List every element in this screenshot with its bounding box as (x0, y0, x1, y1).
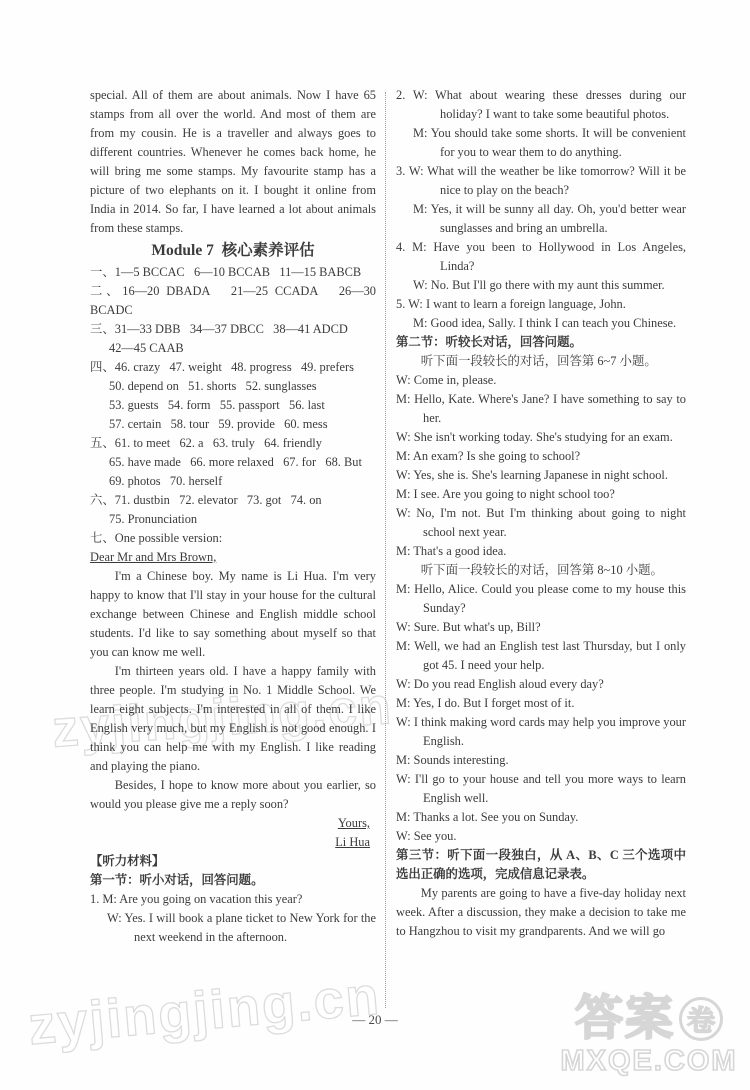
text-line: W: She isn't working today. She's studyi… (396, 428, 686, 447)
text-line: W: Yes. I will book a plane ticket to Ne… (90, 909, 376, 947)
text-line: 42—45 CAAB (90, 339, 376, 358)
text-line: Yours, (90, 814, 376, 833)
text-line: special. All of them are about animals. … (90, 86, 376, 238)
text-line: M: An exam? Is she going to school? (396, 447, 686, 466)
answer-key-page: special. All of them are about animals. … (0, 0, 750, 1090)
column-divider (385, 92, 386, 1008)
text-line: I'm a Chinese boy. My name is Li Hua. I'… (90, 567, 376, 662)
text-line: W: No. But I'll go there with my aunt th… (396, 276, 686, 295)
text-line: 69. photos 70. herself (90, 472, 376, 491)
text-line: I'm thirteen years old. I have a happy f… (90, 662, 376, 776)
text-line: 听下面一段较长的对话，回答第 6~7 小题。 (396, 352, 686, 371)
text-line: W: Do you read English aloud every day? (396, 675, 686, 694)
text-line: 六、71. dustbin 72. elevator 73. got 74. o… (90, 491, 376, 510)
text-line: M: Yes, I do. But I forget most of it. (396, 694, 686, 713)
text-line: 二、16—20 DBADA 21—25 CCADA 26—30 BCADC (90, 282, 376, 320)
text-line: 三、31—33 DBB 34—37 DBCC 38—41 ADCD (90, 320, 376, 339)
text-line: 4. M: Have you been to Hollywood in Los … (396, 238, 686, 276)
logo-domain-text: MXQE.COM (554, 1046, 744, 1076)
text-line: 1. M: Are you going on vacation this yea… (90, 890, 376, 909)
text-line: W: No, I'm not. But I'm thinking about g… (396, 504, 686, 542)
text-line: 50. depend on 51. shorts 52. sunglasses (90, 377, 376, 396)
text-line: 第三节：听下面一段独白，从 A、B、C 三个选项中选出正确的选项，完成信息记录表… (396, 846, 686, 884)
text-line: 一、1—5 BCCAC 6—10 BCCAB 11—15 BABCB (90, 263, 376, 282)
text-line: M: Hello, Kate. Where's Jane? I have som… (396, 390, 686, 428)
text-line: My parents are going to have a five-day … (396, 884, 686, 941)
text-line: W: Yes, she is. She's learning Japanese … (396, 466, 686, 485)
text-line: M: Sounds interesting. (396, 751, 686, 770)
text-line: 57. certain 58. tour 59. provide 60. mes… (90, 415, 376, 434)
text-line: 四、46. crazy 47. weight 48. progress 49. … (90, 358, 376, 377)
text-line: 七、One possible version: (90, 529, 376, 548)
text-line: 3. W: What will the weather be like tomo… (396, 162, 686, 200)
text-line: 第一节：听小对话，回答问题。 (90, 871, 376, 890)
text-line: Li Hua (90, 833, 376, 852)
text-line: W: See you. (396, 827, 686, 846)
text-line: 五、61. to meet 62. a 63. truly 64. friend… (90, 434, 376, 453)
text-line: 听下面一段较长的对话，回答第 8~10 小题。 (396, 561, 686, 580)
text-line: M: Thanks a lot. See you on Sunday. (396, 808, 686, 827)
watermark-text: zyjingjing.cn (26, 965, 383, 1058)
text-line: Besides, I hope to know more about you e… (90, 776, 376, 814)
text-line: M: Yes, it will be sunny all day. Oh, yo… (396, 200, 686, 238)
text-line: 【听力材料】 (90, 852, 376, 871)
text-line: 2. W: What about wearing these dresses d… (396, 86, 686, 124)
text-line: M: You should take some shorts. It will … (396, 124, 686, 162)
text-line: 53. guests 54. form 55. passport 56. las… (90, 396, 376, 415)
text-line: 5. W: I want to learn a foreign language… (396, 295, 686, 314)
right-column: 2. W: What about wearing these dresses d… (396, 86, 686, 941)
left-column: special. All of them are about animals. … (90, 86, 376, 947)
page-number: — 20 — (0, 1012, 750, 1028)
text-line: W: Sure. But what's up, Bill? (396, 618, 686, 637)
text-line: M: I see. Are you going to night school … (396, 485, 686, 504)
text-line: 75. Pronunciation (90, 510, 376, 529)
brand-logo: 答案 卷 MXQE.COM (554, 994, 744, 1076)
text-line: W: I'll go to your house and tell you mo… (396, 770, 686, 808)
text-line: M: Hello, Alice. Could you please come t… (396, 580, 686, 618)
text-line: 65. have made 66. more relaxed 67. for 6… (90, 453, 376, 472)
text-line: Module 7 核心素养评估 (90, 241, 376, 260)
text-line: M: That's a good idea. (396, 542, 686, 561)
text-line: 第二节：听较长对话，回答问题。 (396, 333, 686, 352)
text-line: M: Well, we had an English test last Thu… (396, 637, 686, 675)
text-line: W: I think making word cards may help yo… (396, 713, 686, 751)
text-line: M: Good idea, Sally. I think I can teach… (396, 314, 686, 333)
text-line: Dear Mr and Mrs Brown, (90, 548, 376, 567)
text-line: W: Come in, please. (396, 371, 686, 390)
